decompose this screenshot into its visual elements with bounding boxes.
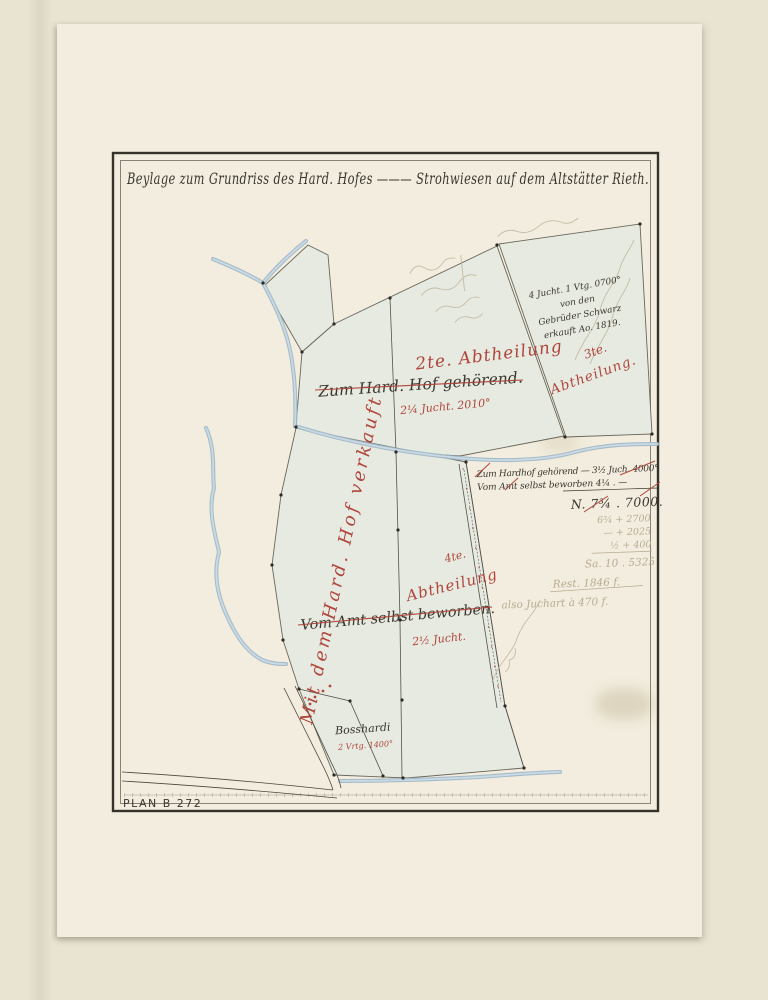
pencil-sum-line — [592, 551, 652, 553]
plan-number: PLAN B 272 — [123, 797, 202, 810]
pencil-calc-block: 6¾ + 2700 — + 2025 ½ + 400 Sa. 10 . 5325… — [498, 513, 656, 611]
map-title: Beylage zum Grundriss des Hard. Hofes ——… — [126, 170, 649, 188]
pencil-calc-line2: — + 2025 — [603, 526, 651, 539]
pencil-calc-line3: ½ + 400 — [610, 539, 652, 551]
pencil-note-rest: Rest. 1846 f. — [552, 576, 621, 590]
pencil-calc-line1: 6¾ + 2700 — [597, 513, 651, 526]
margin-ink-line1: Zum Hardhof gehörend — 3½ Juch. 4000° — [476, 463, 659, 480]
pencil-calc-sum: Sa. 10 . 5325 — [585, 556, 656, 570]
margin-ink-line3: N. 7¾ . 7000. — [570, 494, 664, 512]
scanned-plan: Beylage zum Grundriss des Hard. Hofes ——… — [0, 0, 768, 1000]
pencil-scribble — [497, 218, 580, 237]
plan-drawing: Beylage zum Grundriss des Hard. Hofes ——… — [0, 0, 768, 1000]
pencil-note-juchart: also Juchart à 470 f. — [501, 596, 608, 612]
